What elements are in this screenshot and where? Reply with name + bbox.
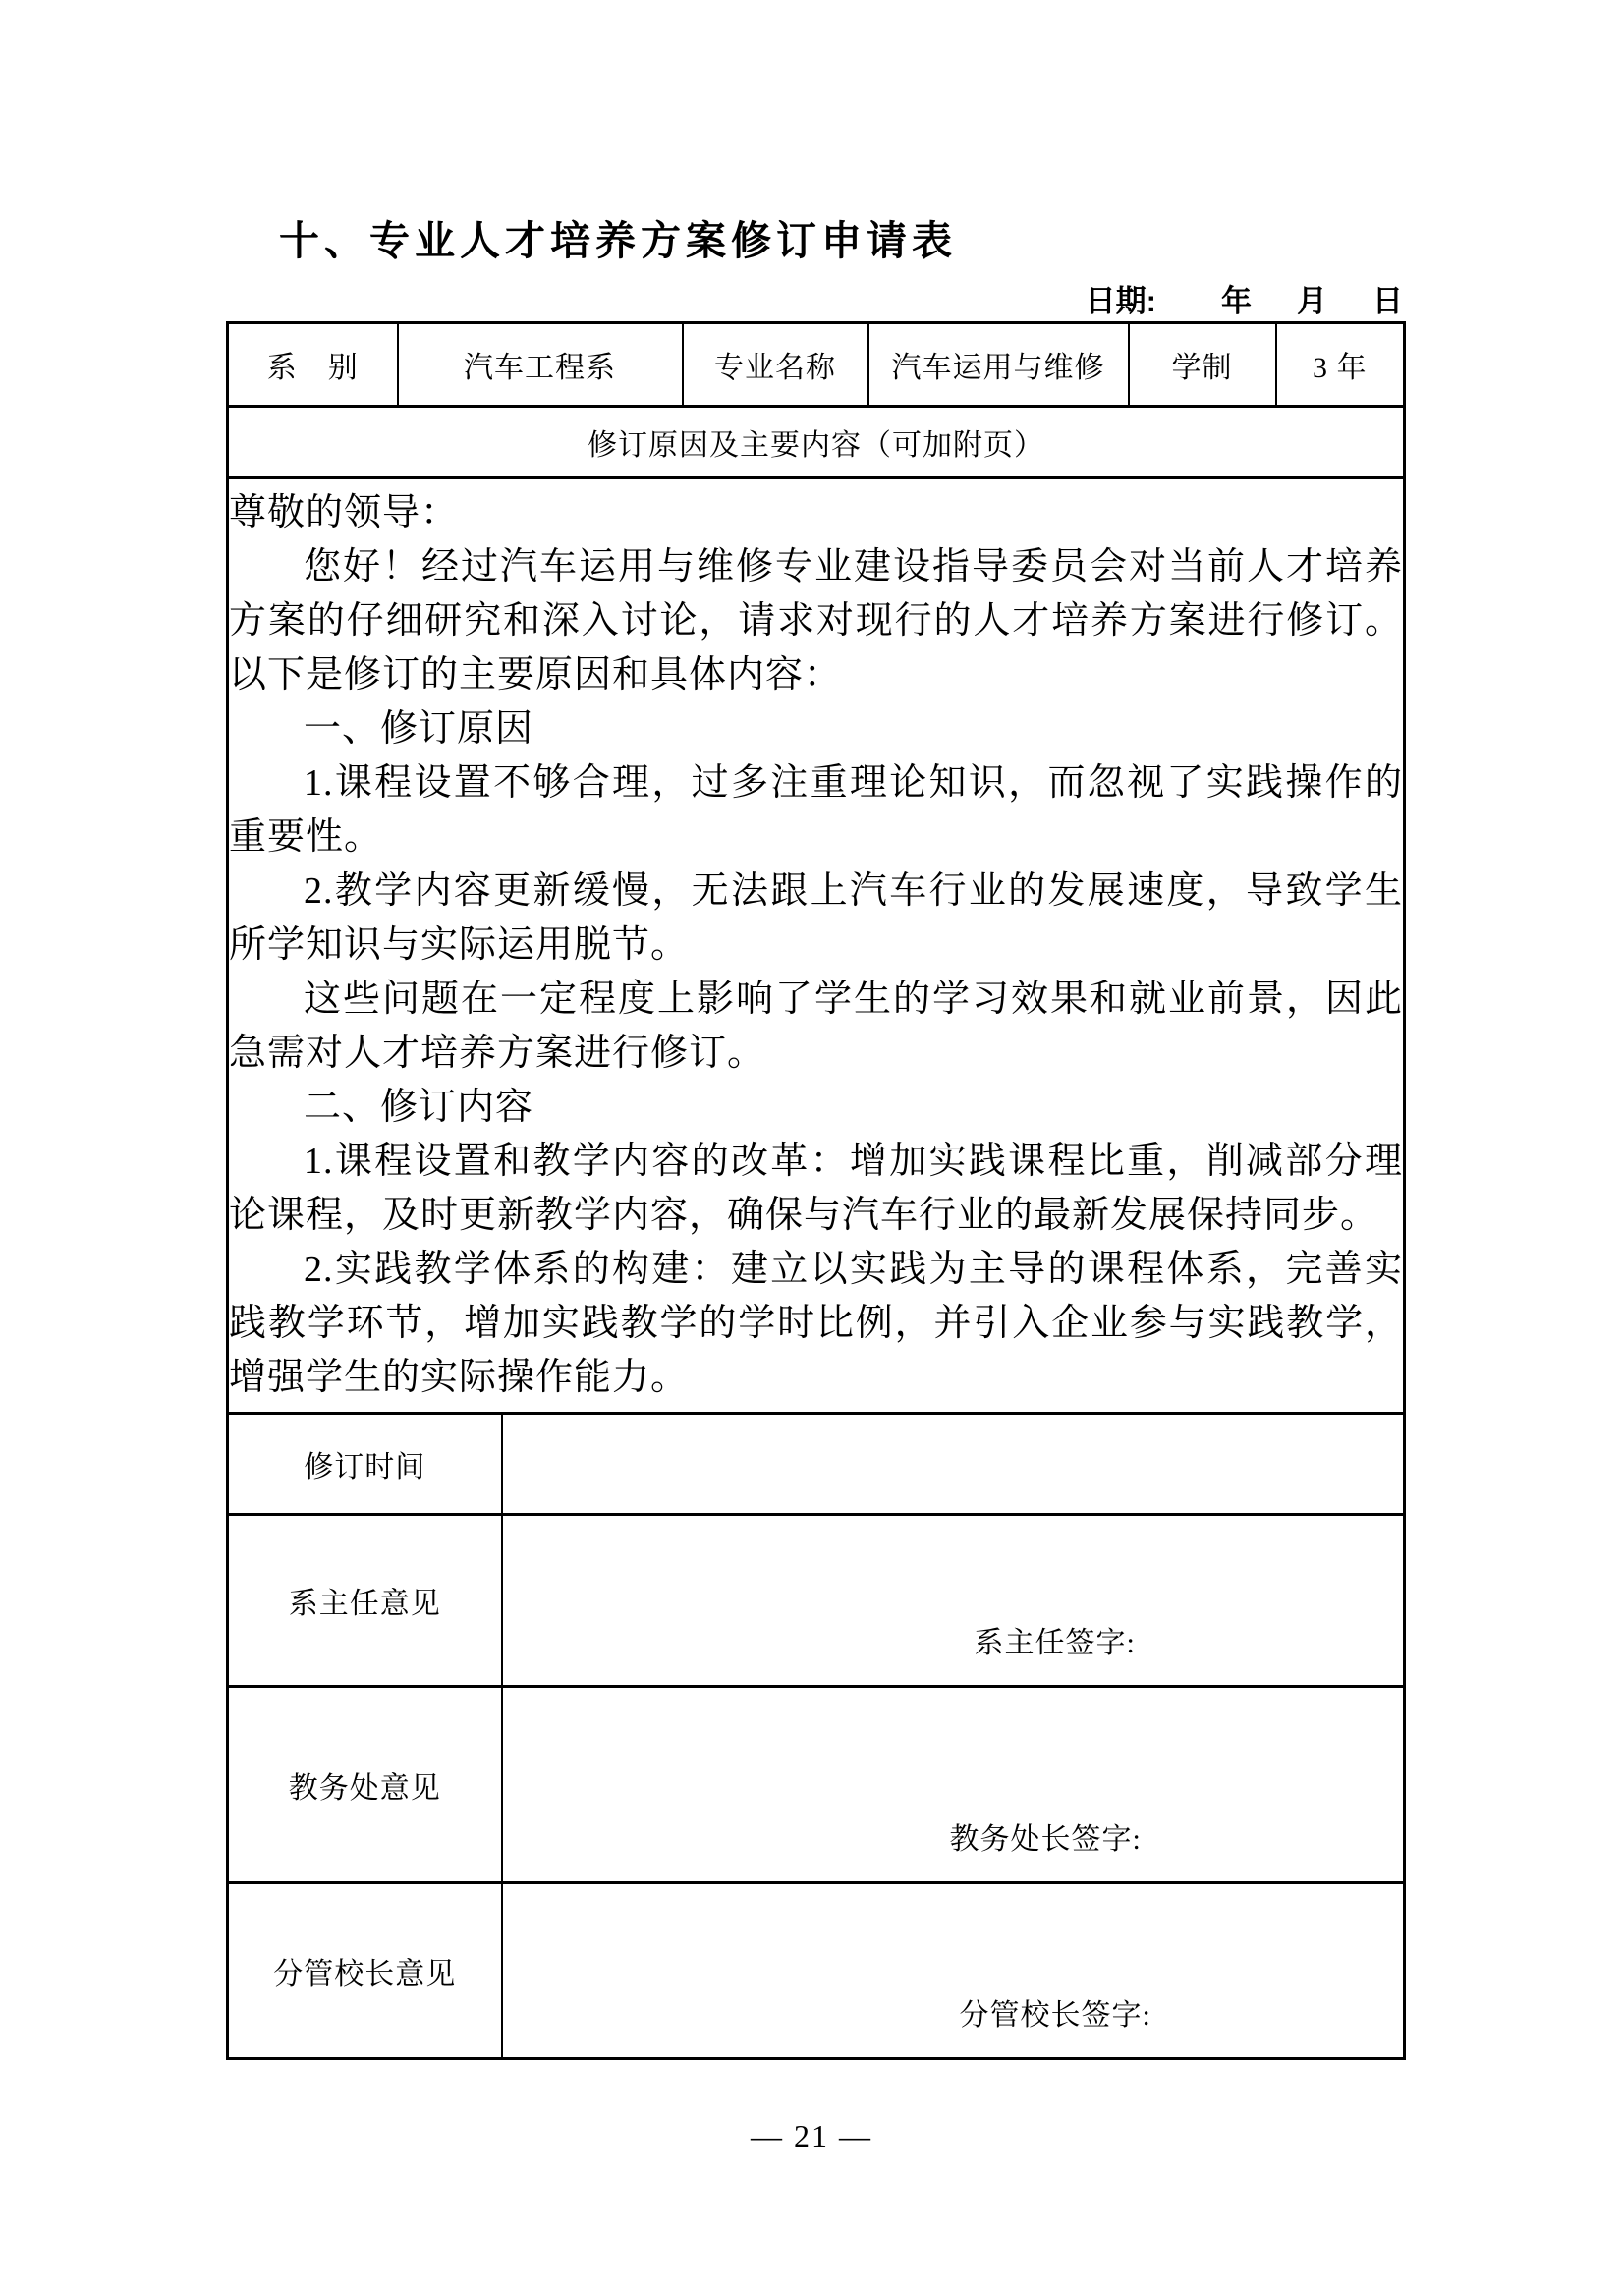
letter-paragraph: 您好！经过汽车运用与维修专业建设指导委员会对当前人才培养方案的仔细研究和深入讨论… [229,540,1403,702]
schooling-label: 学制 [1172,352,1233,384]
dept-value-cell: 汽车工程系 [398,323,683,407]
date-line: 日期:年月日 [1086,276,1403,320]
section-header: 修订原因及主要内容（可加附页） [588,429,1044,462]
page-number: — 21 — [0,2118,1623,2155]
form-header-row: 系 别 汽车工程系 专业名称 汽车运用与维修 学制 3 年 [228,323,1405,407]
dept-head-opinion-row: 系主任意见 系主任签字: [228,1515,1405,1687]
revision-time-row: 修订时间 [228,1414,1405,1515]
dept-head-opinion-label: 系主任意见 [289,1588,441,1620]
major-value: 汽车运用与维修 [892,352,1105,384]
revision-application-form: 系 别 汽车工程系 专业名称 汽车运用与维修 学制 3 年 修订原因及主要内容（… [226,321,1406,2060]
letter-paragraph: 二、修订内容 [229,1081,1403,1135]
letter-body: 尊敬的领导： 您好！经过汽车运用与维修专业建设指导委员会对当前人才培养方案的仔细… [228,478,1405,1414]
document-page: 十、专业人才培养方案修订申请表 日期:年月日 系 别 汽车工程系 专业名称 汽车… [0,0,1623,2296]
major-value-cell: 汽车运用与维修 [868,323,1129,407]
date-label: 日期: [1086,284,1156,318]
dept-head-signature-label: 系主任签字: [975,1618,1136,1661]
letter-paragraph: 1.课程设置和教学内容的改革：增加实践课程比重，削减部分理论课程，及时更新教学内… [229,1135,1403,1243]
dept-label: 系 别 [267,352,359,384]
letter-salutation: 尊敬的领导： [229,486,1403,540]
revision-time-value-cell [502,1414,1405,1515]
vice-principal-opinion-cell: 分管校长签字: [502,1883,1405,2059]
academic-office-signature-label: 教务处长签字: [950,1815,1142,1858]
major-label-cell: 专业名称 [683,323,868,407]
date-month-label: 月 [1297,284,1327,318]
section-header-cell: 修订原因及主要内容（可加附页） [228,407,1405,478]
date-year-label: 年 [1221,284,1252,318]
vice-principal-signature-label: 分管校长签字: [960,1990,1151,2034]
letter-paragraph: 1.课程设置不够合理，过多注重理论知识，而忽视了实践操作的重要性。 [229,756,1403,865]
major-label: 专业名称 [714,352,836,384]
schooling-label-cell: 学制 [1129,323,1276,407]
academic-office-opinion-label-cell: 教务处意见 [228,1687,502,1883]
schooling-value-cell: 3 年 [1276,323,1405,407]
academic-office-opinion-row: 教务处意见 教务处长签字: [228,1687,1405,1883]
dept-value: 汽车工程系 [464,352,616,384]
vice-principal-opinion-label: 分管校长意见 [273,1958,456,1990]
dept-label-cell: 系 别 [228,323,398,407]
date-day-label: 日 [1372,284,1403,318]
vice-principal-opinion-row: 分管校长意见 分管校长签字: [228,1883,1405,2059]
page-title: 十、专业人才培养方案修订申请表 [279,208,957,266]
revision-time-label: 修订时间 [304,1451,425,1484]
letter-paragraph: 一、修订原因 [229,702,1403,756]
schooling-value: 3 年 [1313,352,1368,384]
section-header-row: 修订原因及主要内容（可加附页） [228,407,1405,478]
letter-paragraph: 这些问题在一定程度上影响了学生的学习效果和就业前景，因此急需对人才培养方案进行修… [229,973,1403,1081]
academic-office-opinion-cell: 教务处长签字: [502,1687,1405,1883]
dept-head-opinion-label-cell: 系主任意见 [228,1515,502,1687]
revision-time-label-cell: 修订时间 [228,1414,502,1515]
letter-paragraph: 2.教学内容更新缓慢，无法跟上汽车行业的发展速度，导致学生所学知识与实际运用脱节… [229,865,1403,973]
academic-office-opinion-label: 教务处意见 [289,1772,441,1805]
letter-paragraph: 2.实践教学体系的构建：建立以实践为主导的课程体系，完善实践教学环节，增加实践教… [229,1243,1403,1405]
letter-row: 尊敬的领导： 您好！经过汽车运用与维修专业建设指导委员会对当前人才培养方案的仔细… [228,478,1405,1414]
dept-head-opinion-cell: 系主任签字: [502,1515,1405,1687]
vice-principal-opinion-label-cell: 分管校长意见 [228,1883,502,2059]
